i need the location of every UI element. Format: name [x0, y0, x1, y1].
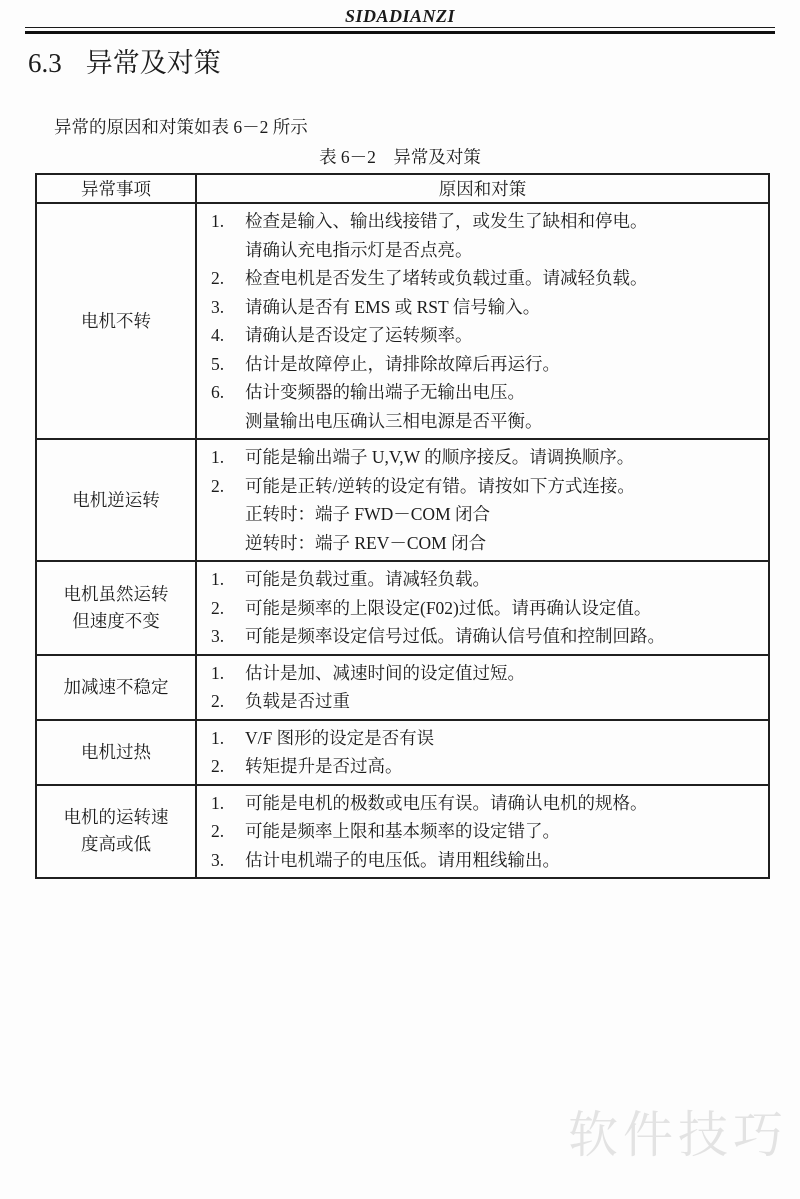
cause-text: 可能是频率设定信号过低。请确认信号值和控制回路。: [245, 622, 764, 651]
cause-line: 1.可能是电机的极数或电压有误。请确认电机的规格。: [197, 789, 764, 818]
cause-line: 2.转矩提升是否过高。: [197, 752, 764, 781]
cause-number: 6.: [197, 378, 245, 407]
cause-line: 正转时：端子 FWD－COM 闭合: [197, 500, 764, 529]
cause-number: 2.: [197, 594, 245, 623]
fault-causes-cell: 1.估计是加、减速时间的设定值过短。2.负载是否过重: [196, 655, 769, 720]
fault-item-label: 电机过热: [36, 720, 196, 785]
column-header-item: 异常事项: [36, 174, 196, 203]
cause-line: 1.V/F 图形的设定是否有误: [197, 724, 764, 753]
cause-text: 可能是负载过重。请减轻负载。: [245, 565, 764, 594]
fault-item-label: 电机的运转速度高或低: [36, 785, 196, 879]
cause-number: 4.: [197, 321, 245, 350]
cause-line: 3.可能是频率设定信号过低。请确认信号值和控制回路。: [197, 622, 764, 651]
cause-number: 2.: [197, 264, 245, 293]
cause-number: [197, 407, 245, 436]
table-row: 加减速不稳定1.估计是加、减速时间的设定值过短。2.负载是否过重: [36, 655, 769, 720]
cause-line: 4.请确认是否设定了运转频率。: [197, 321, 764, 350]
cause-line: 6.估计变频器的输出端子无输出电压。: [197, 378, 764, 407]
cause-line: 2.可能是频率的上限设定(F02)过低。请再确认设定值。: [197, 594, 764, 623]
cause-line: 5.估计是故障停止，请排除故障后再运行。: [197, 350, 764, 379]
cause-number: 1.: [197, 659, 245, 688]
header-rule-thin: [25, 27, 775, 28]
fault-causes-cell: 1.检查是输入、输出线接错了，或发生了缺相和停电。请确认充电指示灯是否点亮。2.…: [196, 203, 769, 439]
table-header-row: 异常事项 原因和对策: [36, 174, 769, 203]
cause-number: 3.: [197, 293, 245, 322]
fault-item-label: 加减速不稳定: [36, 655, 196, 720]
section-title-text: 异常及对策: [86, 48, 221, 78]
cause-number: 3.: [197, 846, 245, 875]
cause-text: 负载是否过重: [245, 687, 764, 716]
cause-number: 1.: [197, 565, 245, 594]
fault-item-label: 电机虽然运转但速度不变: [36, 561, 196, 655]
cause-line: 请确认充电指示灯是否点亮。: [197, 236, 764, 265]
cause-number: 2.: [197, 817, 245, 846]
cause-line: 3.请确认是否有 EMS 或 RST 信号输入。: [197, 293, 764, 322]
cause-text: 转矩提升是否过高。: [245, 752, 764, 781]
cause-text: 估计电机端子的电压低。请用粗线输出。: [245, 846, 764, 875]
cause-line: 1.可能是输出端子 U,V,W 的顺序接反。请调换顺序。: [197, 443, 764, 472]
brand-title: SIDADIANZI: [0, 0, 800, 26]
cause-text: 可能是电机的极数或电压有误。请确认电机的规格。: [245, 789, 764, 818]
table-row: 电机不转1.检查是输入、输出线接错了，或发生了缺相和停电。请确认充电指示灯是否点…: [36, 203, 769, 439]
cause-number: [197, 500, 245, 529]
page-header: SIDADIANZI: [0, 0, 800, 34]
cause-number: 1.: [197, 724, 245, 753]
cause-text: 估计是加、减速时间的设定值过短。: [245, 659, 764, 688]
cause-line: 1.可能是负载过重。请减轻负载。: [197, 565, 764, 594]
table-body: 电机不转1.检查是输入、输出线接错了，或发生了缺相和停电。请确认充电指示灯是否点…: [36, 203, 769, 878]
table-caption: 表 6－2 异常及对策: [0, 146, 800, 168]
cause-number: 3.: [197, 622, 245, 651]
cause-line: 1.检查是输入、输出线接错了，或发生了缺相和停电。: [197, 207, 764, 236]
cause-text: 可能是正转/逆转的设定有错。请按如下方式连接。: [245, 472, 764, 501]
cause-text: 可能是频率上限和基本频率的设定错了。: [245, 817, 764, 846]
cause-number: 1.: [197, 789, 245, 818]
cause-number: 5.: [197, 350, 245, 379]
cause-text: 可能是输出端子 U,V,W 的顺序接反。请调换顺序。: [245, 443, 764, 472]
cause-line: 2.负载是否过重: [197, 687, 764, 716]
table-row: 电机逆运转1.可能是输出端子 U,V,W 的顺序接反。请调换顺序。2.可能是正转…: [36, 439, 769, 561]
table-row: 电机虽然运转但速度不变1.可能是负载过重。请减轻负载。2.可能是频率的上限设定(…: [36, 561, 769, 655]
fault-item-label: 电机不转: [36, 203, 196, 439]
cause-line: 3.估计电机端子的电压低。请用粗线输出。: [197, 846, 764, 875]
cause-text: 估计变频器的输出端子无输出电压。: [245, 378, 764, 407]
fault-causes-cell: 1.可能是输出端子 U,V,W 的顺序接反。请调换顺序。2.可能是正转/逆转的设…: [196, 439, 769, 561]
cause-text: 测量输出电压确认三相电源是否平衡。: [245, 407, 764, 436]
cause-text: 检查是输入、输出线接错了，或发生了缺相和停电。: [245, 207, 764, 236]
cause-number: 2.: [197, 472, 245, 501]
column-header-cause: 原因和对策: [196, 174, 769, 203]
header-rule-thick: [25, 31, 775, 34]
fault-table: 异常事项 原因和对策 电机不转1.检查是输入、输出线接错了，或发生了缺相和停电。…: [35, 173, 770, 879]
cause-number: 2.: [197, 752, 245, 781]
section-title: 6.3异常及对策: [28, 46, 800, 80]
cause-number: 2.: [197, 687, 245, 716]
fault-causes-cell: 1.V/F 图形的设定是否有误2.转矩提升是否过高。: [196, 720, 769, 785]
cause-text: 可能是频率的上限设定(F02)过低。请再确认设定值。: [245, 594, 764, 623]
cause-line: 2.可能是正转/逆转的设定有错。请按如下方式连接。: [197, 472, 764, 501]
cause-text: 正转时：端子 FWD－COM 闭合: [245, 500, 764, 529]
fault-causes-cell: 1.可能是负载过重。请减轻负载。2.可能是频率的上限设定(F02)过低。请再确认…: [196, 561, 769, 655]
table-row: 电机的运转速度高或低1.可能是电机的极数或电压有误。请确认电机的规格。2.可能是…: [36, 785, 769, 879]
fault-causes-cell: 1.可能是电机的极数或电压有误。请确认电机的规格。2.可能是频率上限和基本频率的…: [196, 785, 769, 879]
cause-text: 请确认是否有 EMS 或 RST 信号输入。: [245, 293, 764, 322]
cause-line: 测量输出电压确认三相电源是否平衡。: [197, 407, 764, 436]
cause-line: 1.估计是加、减速时间的设定值过短。: [197, 659, 764, 688]
watermark-text: 软件技巧: [568, 1095, 788, 1167]
cause-text: 逆转时：端子 REV－COM 闭合: [245, 529, 764, 558]
table-row: 电机过热1.V/F 图形的设定是否有误2.转矩提升是否过高。: [36, 720, 769, 785]
cause-text: 请确认充电指示灯是否点亮。: [245, 236, 764, 265]
section-number: 6.3: [28, 48, 62, 78]
cause-text: 估计是故障停止，请排除故障后再运行。: [245, 350, 764, 379]
cause-text: 请确认是否设定了运转频率。: [245, 321, 764, 350]
cause-number: [197, 236, 245, 265]
cause-number: 1.: [197, 443, 245, 472]
cause-line: 2.可能是频率上限和基本频率的设定错了。: [197, 817, 764, 846]
document-page: SIDADIANZI 6.3异常及对策 异常的原因和对策如表 6－2 所示 表 …: [0, 0, 800, 1199]
cause-text: 检查电机是否发生了堵转或负载过重。请减轻负载。: [245, 264, 764, 293]
cause-line: 逆转时：端子 REV－COM 闭合: [197, 529, 764, 558]
cause-number: 1.: [197, 207, 245, 236]
fault-item-label: 电机逆运转: [36, 439, 196, 561]
cause-number: [197, 529, 245, 558]
intro-text: 异常的原因和对策如表 6－2 所示: [54, 116, 800, 138]
cause-line: 2.检查电机是否发生了堵转或负载过重。请减轻负载。: [197, 264, 764, 293]
cause-text: V/F 图形的设定是否有误: [245, 724, 764, 753]
